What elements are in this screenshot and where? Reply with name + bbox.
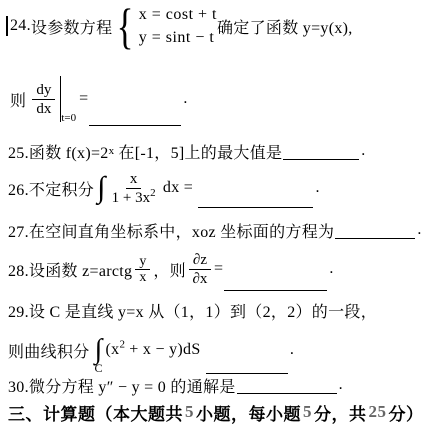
- q24-dy-dx-fraction: dy dx: [32, 81, 55, 118]
- q26-lead-text: 26.不定积分: [8, 177, 94, 200]
- question-27: 27.在空间直角坐标系中，xoz 坐标面的方程为 .: [8, 219, 422, 241]
- q28-frac2-numerator: ∂z: [189, 251, 211, 270]
- q27-period: .: [417, 221, 421, 239]
- q26-den-exponent: 2: [150, 187, 156, 199]
- answer-blank-q30[interactable]: [237, 378, 337, 394]
- q28-partial-fraction: ∂z ∂x: [189, 251, 211, 288]
- q29-lead-text: 则曲线积分: [8, 339, 90, 362]
- question-30: 30.微分方程 y″ − y = 0 的通解是 .: [8, 374, 343, 396]
- q28-frac1-denominator: x: [139, 270, 146, 285]
- q26-frac-denominator: 1 + 3x2: [112, 189, 156, 207]
- q28-frac2-denominator: ∂x: [193, 270, 208, 288]
- q25-text-pre: 25.函数 f(x)=2: [8, 140, 109, 163]
- question-29-line2: 则曲线积分 ∫ C (x2 + x − y)dS .: [8, 324, 294, 376]
- q27-text: 27.在空间直角坐标系中，xoz 坐标面的方程为: [8, 219, 334, 242]
- q24-eval-subscript: t=0: [61, 112, 76, 124]
- question-26: 26.不定积分 ∫ x 1 + 3x2 dx = .: [8, 166, 320, 210]
- section-points-total: 25: [367, 402, 389, 422]
- answer-blank-q27[interactable]: [335, 223, 415, 239]
- q24-lead-text: 设参数方程: [31, 15, 113, 38]
- question-25: 25.函数 f(x)=2x 在[-1，5]上的最大值是 .: [8, 140, 366, 162]
- q24-equation-x: x = cost + t: [139, 6, 217, 23]
- answer-blank-q25[interactable]: [283, 144, 359, 160]
- q29-period: .: [290, 341, 294, 359]
- q26-fraction: x 1 + 3x2: [112, 170, 156, 207]
- q24-number: 24.: [10, 17, 31, 35]
- answer-blank-q24[interactable]: [89, 110, 181, 126]
- q24-frac-denominator: dx: [36, 100, 51, 118]
- q29-integral-with-sub: ∫ C: [95, 337, 103, 374]
- section-header: 三、计算题（本大题共 5 小题，每小题 5 分，共 25 分）: [8, 399, 424, 425]
- q28-frac1-numerator: y: [135, 254, 150, 270]
- integral-icon: ∫: [95, 337, 103, 363]
- section-text-4: 分）: [389, 400, 424, 425]
- q24-derivative-eval: dy dx t=0: [29, 72, 76, 126]
- q28-lead-text: 28.设函数 z=arctg: [8, 258, 132, 281]
- question-29-line1: 29.设 C 是直线 y=x 从（1，1）到（2，2）的一段，: [8, 299, 377, 321]
- q25-text-post: 在[-1，5]上的最大值是: [114, 140, 282, 163]
- answer-blank-q29[interactable]: [206, 358, 288, 374]
- section-text-2: 小题，每小题: [196, 400, 301, 425]
- question-24-line2: 则 dy dx t=0 = .: [10, 70, 188, 128]
- text-cursor-icon: [6, 16, 8, 36]
- q29-text-line1: 29.设 C 是直线 y=x 从（1，1）到（2，2）的一段，: [8, 299, 377, 322]
- q28-period: .: [329, 260, 333, 278]
- q28-mid-text: ，则: [153, 258, 186, 281]
- section-text-1: 三、计算题（本大题共: [8, 400, 183, 425]
- q24-then-label: 则: [10, 88, 26, 111]
- left-brace-icon: {: [117, 3, 134, 49]
- answer-blank-q26[interactable]: [198, 192, 313, 208]
- section-text-3: 分，共: [314, 400, 367, 425]
- q29-integral-subscript: C: [95, 363, 103, 374]
- q25-period: .: [361, 142, 365, 160]
- section-points-each: 5: [301, 402, 314, 422]
- q26-dx-equals: dx =: [159, 179, 198, 197]
- q29-integrand: (x2 + x − y)dS: [106, 341, 205, 359]
- q28-y-over-x-fraction: y x: [135, 254, 150, 285]
- integral-icon: ∫: [97, 173, 106, 203]
- q24-equation-y: y = sint − t: [139, 29, 217, 46]
- answer-blank-q28[interactable]: [224, 275, 327, 291]
- section-count-questions: 5: [183, 402, 196, 422]
- question-24-line1: 24. 设参数方程 { x = cost + t y = sint − t 确定…: [6, 2, 353, 50]
- q24-equation-system: x = cost + t y = sint − t: [139, 6, 217, 46]
- question-28: 28.设函数 z=arctg y x ，则 ∂z ∂x = .: [8, 245, 334, 293]
- q28-equals-sign: =: [214, 260, 223, 278]
- q30-text: 30.微分方程 y″ − y = 0 的通解是: [8, 374, 236, 397]
- q30-period: .: [339, 376, 343, 394]
- q26-period: .: [315, 179, 319, 197]
- q24-equals-sign: =: [79, 90, 88, 108]
- q24-tail-text: 确定了函数 y=y(x),: [217, 15, 353, 38]
- q26-frac-numerator: x: [126, 170, 142, 189]
- q24-period: .: [183, 90, 187, 108]
- q24-frac-numerator: dy: [32, 81, 55, 100]
